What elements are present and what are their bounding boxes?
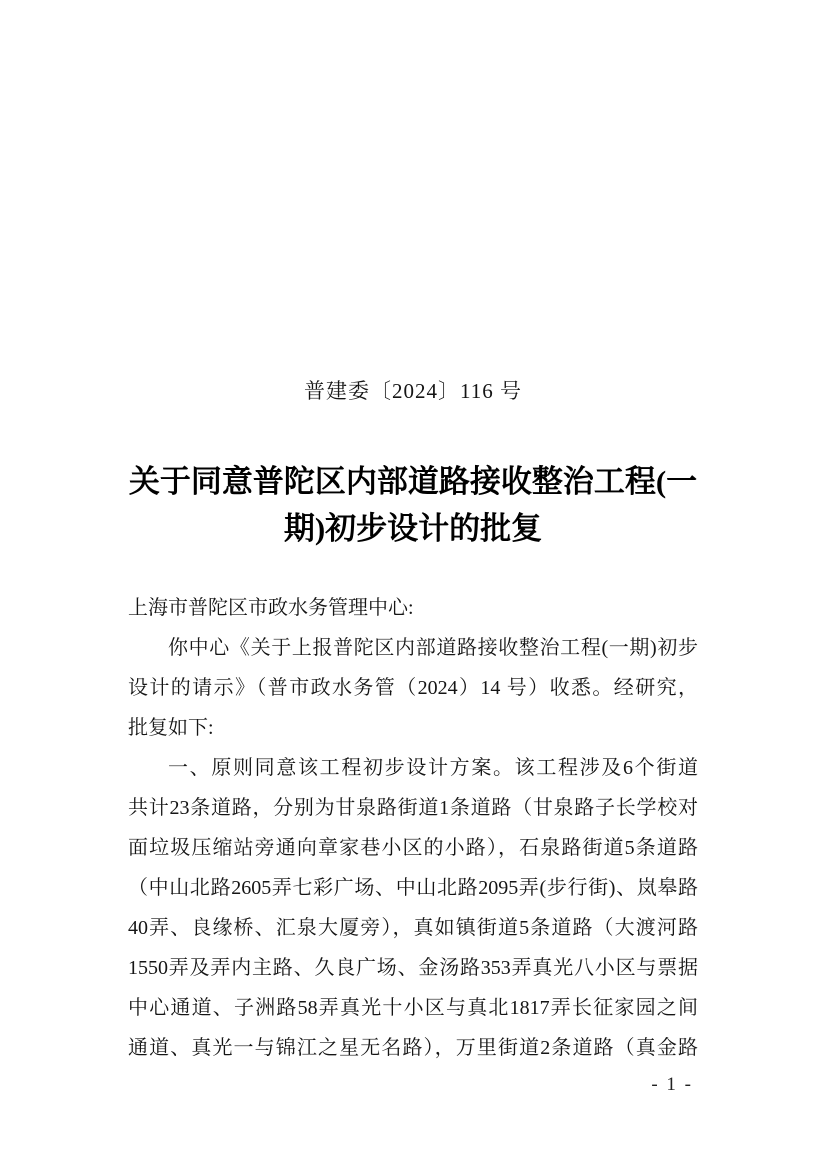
document-title-line-2: 期)初步设计的批复 [64,505,762,552]
body-line: 1550弄及弄内主路、久良广场、金汤路353弄真光八小区与票据 [128,948,698,988]
body-line: （中山北路2605弄七彩广场、中山北路2095弄(步行街)、岚皋路 [128,868,698,908]
document-title: 关于同意普陀区内部道路接收整治工程(一 期)初步设计的批复 [64,458,762,552]
body-line: 面垃圾压缩站旁通向章家巷小区的小路），石泉路街道5条道路 [128,828,698,868]
body-line: 设计的请示》（普市政水务管（2024）14 号）收悉。经研究， [128,668,698,708]
body-line-salutation: 上海市普陀区市政水务管理中心: [128,588,698,628]
document-body: 上海市普陀区市政水务管理中心: 你中心《关于上报普陀区内部道路接收整治工程(一期… [128,588,698,1068]
document-title-line-1: 关于同意普陀区内部道路接收整治工程(一 [64,458,762,505]
document-number: 普建委〔2024〕116 号 [0,376,826,406]
body-line: 40弄、良缘桥、汇泉大厦旁），真如镇街道5条道路（大渡河路 [128,908,698,948]
body-line: 中心通道、子洲路58弄真光十小区与真北1817弄长征家园之间 [128,988,698,1028]
body-line: 批复如下: [128,708,698,748]
document-page: 普建委〔2024〕116 号 关于同意普陀区内部道路接收整治工程(一 期)初步设… [0,0,826,1169]
body-line: 你中心《关于上报普陀区内部道路接收整治工程(一期)初步 [128,628,698,668]
body-line: 共计23条道路，分别为甘泉路街道1条道路（甘泉路子长学校对 [128,788,698,828]
page-number: - 1 - [651,1072,693,1098]
body-line: 通道、真光一与锦江之星无名路），万里街道2条道路（真金路 [128,1028,698,1068]
body-line: 一、原则同意该工程初步设计方案。该工程涉及6个街道（镇） [128,748,698,788]
